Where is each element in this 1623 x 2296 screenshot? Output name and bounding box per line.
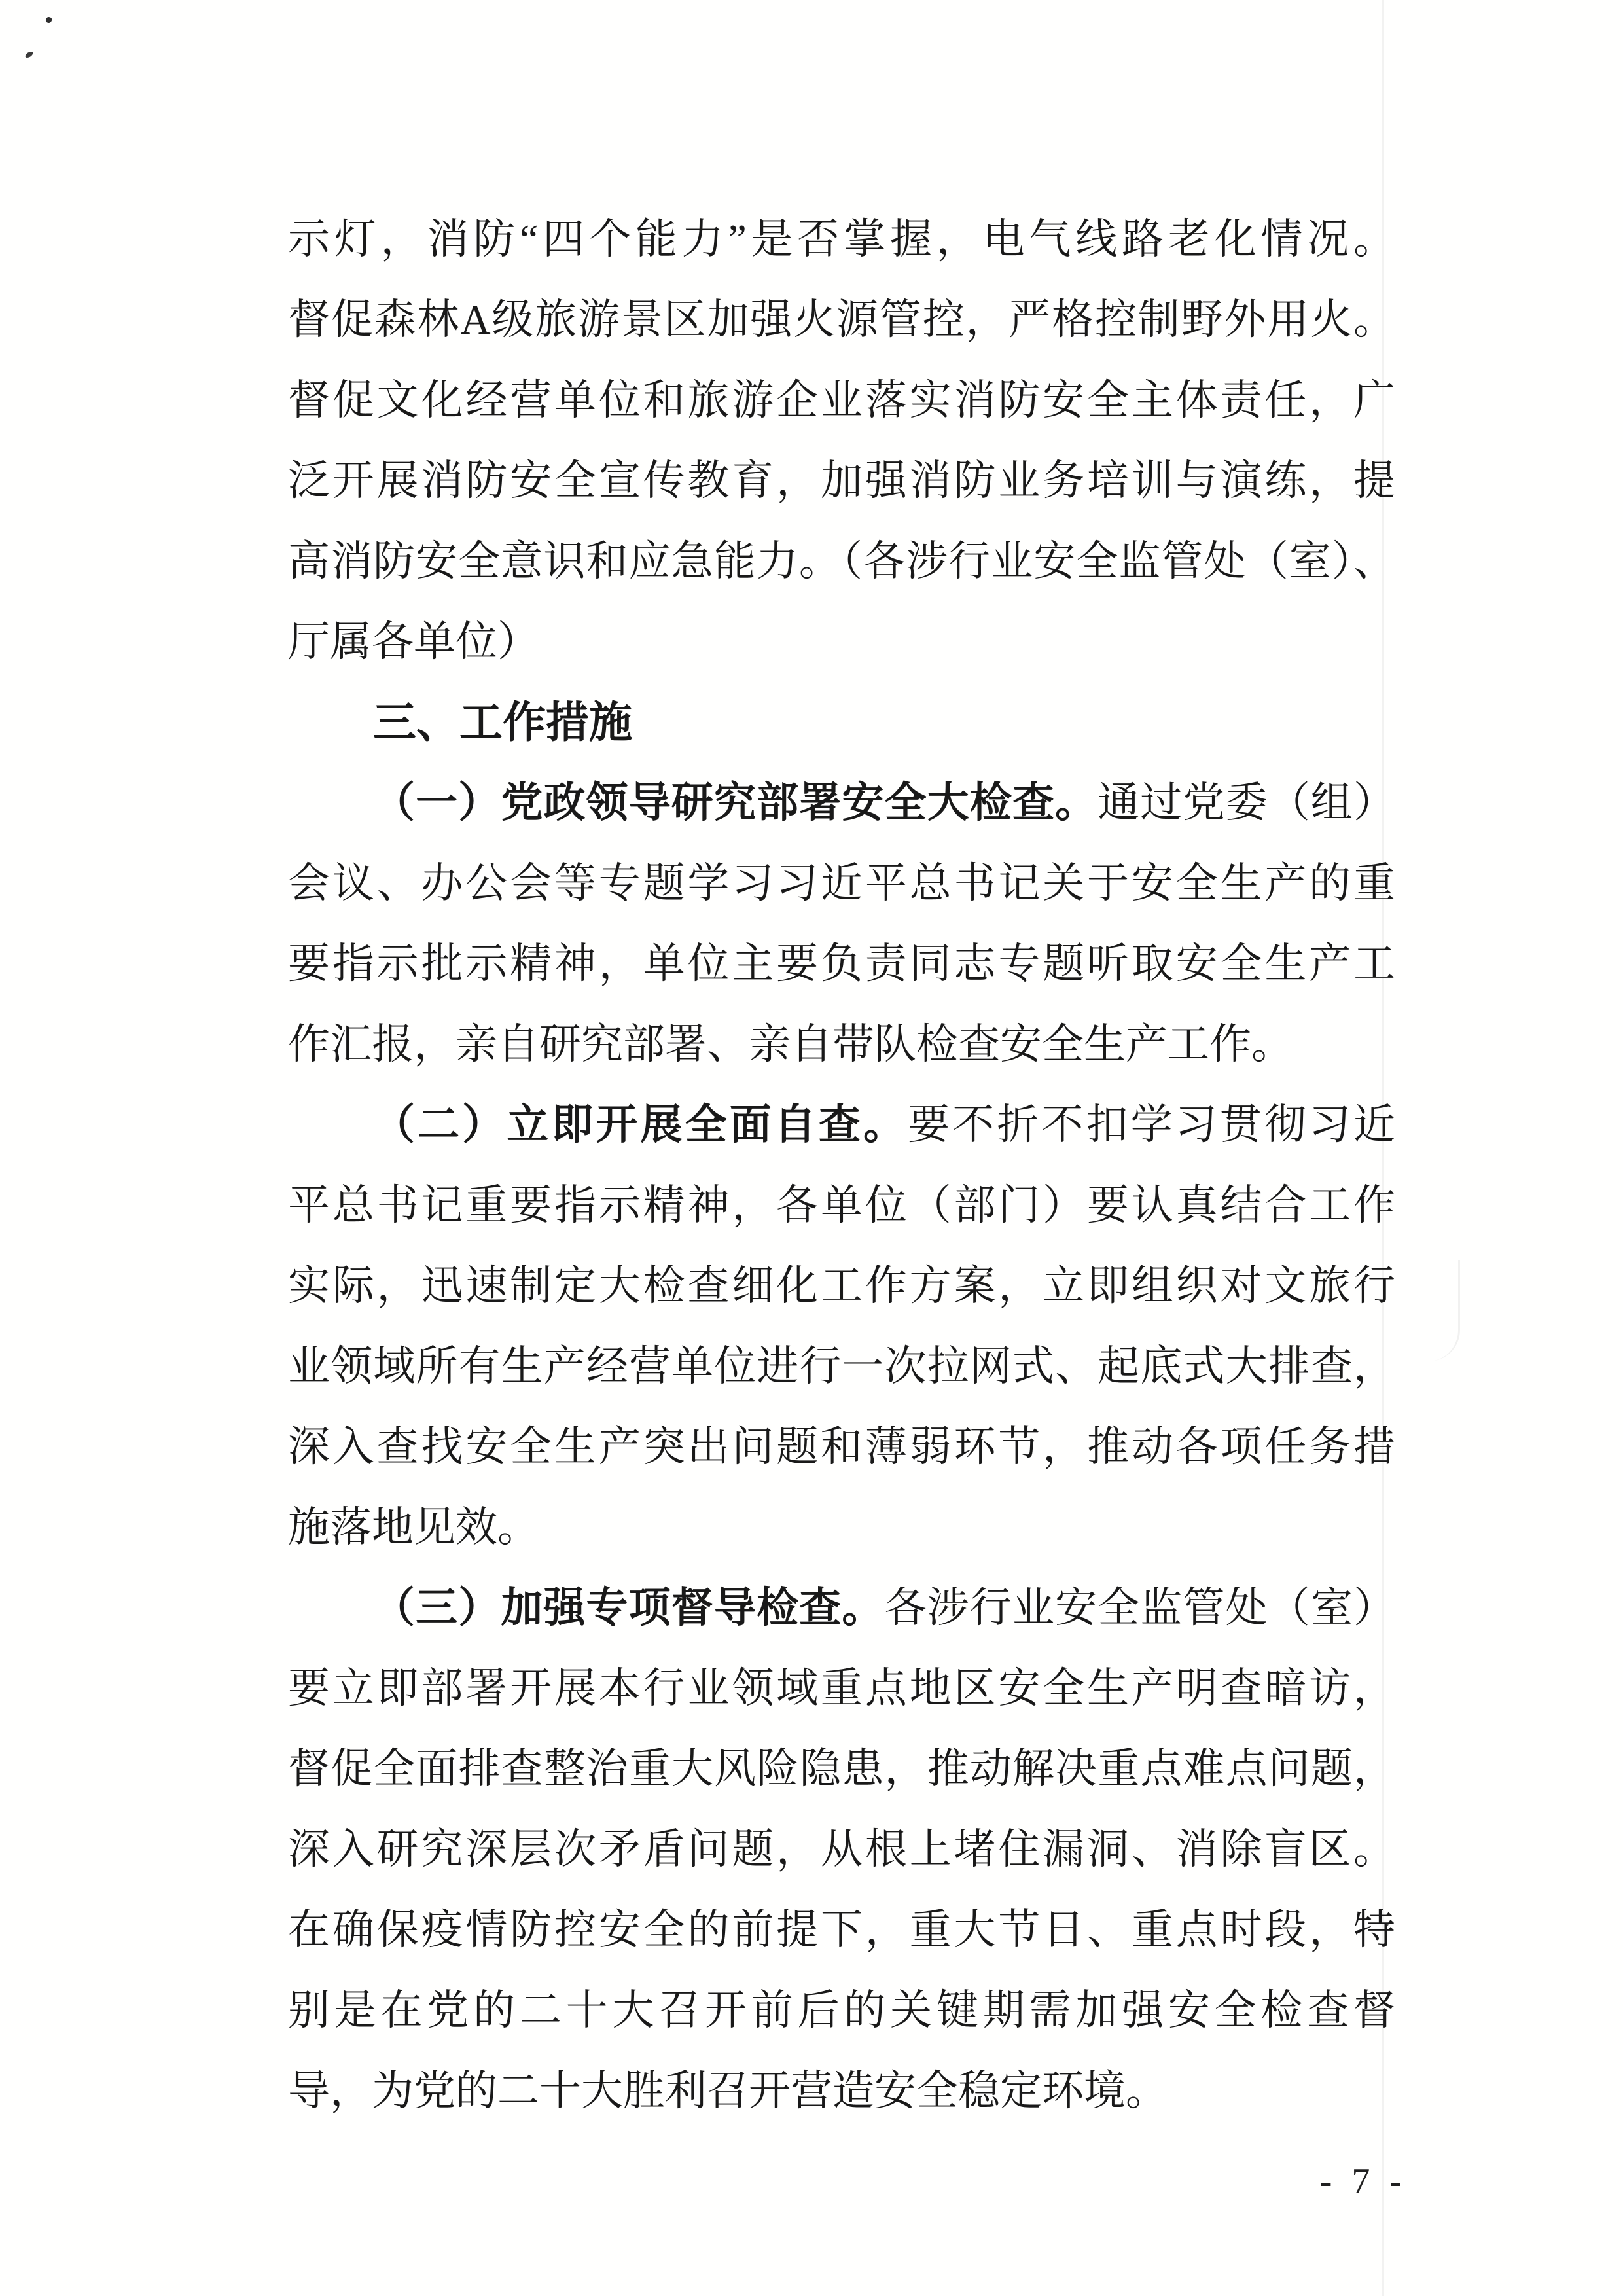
scan-speck-dot [45, 16, 52, 24]
document-body: 示灯，消防“四个能力”是否掌握，电气线路老化情况。 督促森林A级旅游景区加强火源… [288, 199, 1395, 2131]
body-line: 实际，迅速制定大检查细化工作方案，立即组织对文旅行 [288, 1246, 1395, 1326]
paragraph-lead: （二）立即开展全面自查。 [373, 1102, 908, 1148]
scanned-document-page: 示灯，消防“四个能力”是否掌握，电气线路老化情况。 督促森林A级旅游景区加强火源… [0, 0, 1623, 2296]
body-line: 业领域所有生产经营单位进行一次拉网式、起底式大排查， [288, 1326, 1395, 1407]
paragraph-text: 通过党委（组） [1097, 780, 1395, 826]
body-line: 要立即部署开展本行业领域重点地区安全生产明查暗访， [288, 1648, 1395, 1729]
body-line: 作汇报，亲自研究部署、亲自带队检查安全生产工作。 [288, 1004, 1395, 1085]
body-line: 泛开展消防安全宣传教育，加强消防业务培训与演练，提 [288, 440, 1395, 521]
body-line: 别是在党的二十大召开前后的关键期需加强安全检查督 [288, 1970, 1395, 2051]
body-line: 会议、办公会等专题学习习近平总书记关于安全生产的重 [288, 843, 1395, 924]
body-line: 督促森林A级旅游景区加强火源管控，严格控制野外用火。 [288, 279, 1395, 360]
scan-crease-mark [1427, 1260, 1460, 1361]
body-line: （一）党政领导研究部署安全大检查。通过党委（组） [288, 762, 1395, 843]
body-line: 平总书记重要指示精神，各单位（部门）要认真结合工作 [288, 1165, 1395, 1246]
paragraph-text: 各涉行业安全监管处（室） [885, 1585, 1395, 1631]
body-line: 施落地见效。 [288, 1487, 1395, 1568]
paragraph-lead: （一）党政领导研究部署安全大检查。 [373, 780, 1097, 826]
section-heading: 三、工作措施 [288, 682, 1395, 762]
body-line: （三）加强专项督导检查。各涉行业安全监管处（室） [288, 1568, 1395, 1648]
scan-speck-mark [24, 50, 34, 59]
body-line: 督促全面排查整治重大风险隐患，推动解决重点难点问题， [288, 1729, 1395, 1809]
body-line: （二）立即开展全面自查。要不折不扣学习贯彻习近 [288, 1085, 1395, 1165]
body-line: 要指示批示精神，单位主要负责同志专题听取安全生产工 [288, 924, 1395, 1004]
body-line: 示灯，消防“四个能力”是否掌握，电气线路老化情况。 [288, 199, 1395, 279]
page-number: - 7 - [288, 2161, 1407, 2202]
paragraph-text: 要不折不扣学习贯彻习近 [908, 1102, 1395, 1148]
body-line: 督促文化经营单位和旅游企业落实消防安全主体责任，广 [288, 360, 1395, 440]
body-line: 导，为党的二十大胜利召开营造安全稳定环境。 [288, 2051, 1395, 2131]
paragraph-lead: （三）加强专项督导检查。 [373, 1585, 885, 1631]
body-line: 在确保疫情防控安全的前提下，重大节日、重点时段，特 [288, 1890, 1395, 1970]
body-line: 厅属各单位） [288, 601, 1395, 682]
body-line: 深入研究深层次矛盾问题，从根上堵住漏洞、消除盲区。 [288, 1809, 1395, 1890]
body-line: 高消防安全意识和应急能力。（各涉行业安全监管处（室）、 [288, 521, 1395, 601]
body-line: 深入查找安全生产突出问题和薄弱环节，推动各项任务措 [288, 1407, 1395, 1487]
